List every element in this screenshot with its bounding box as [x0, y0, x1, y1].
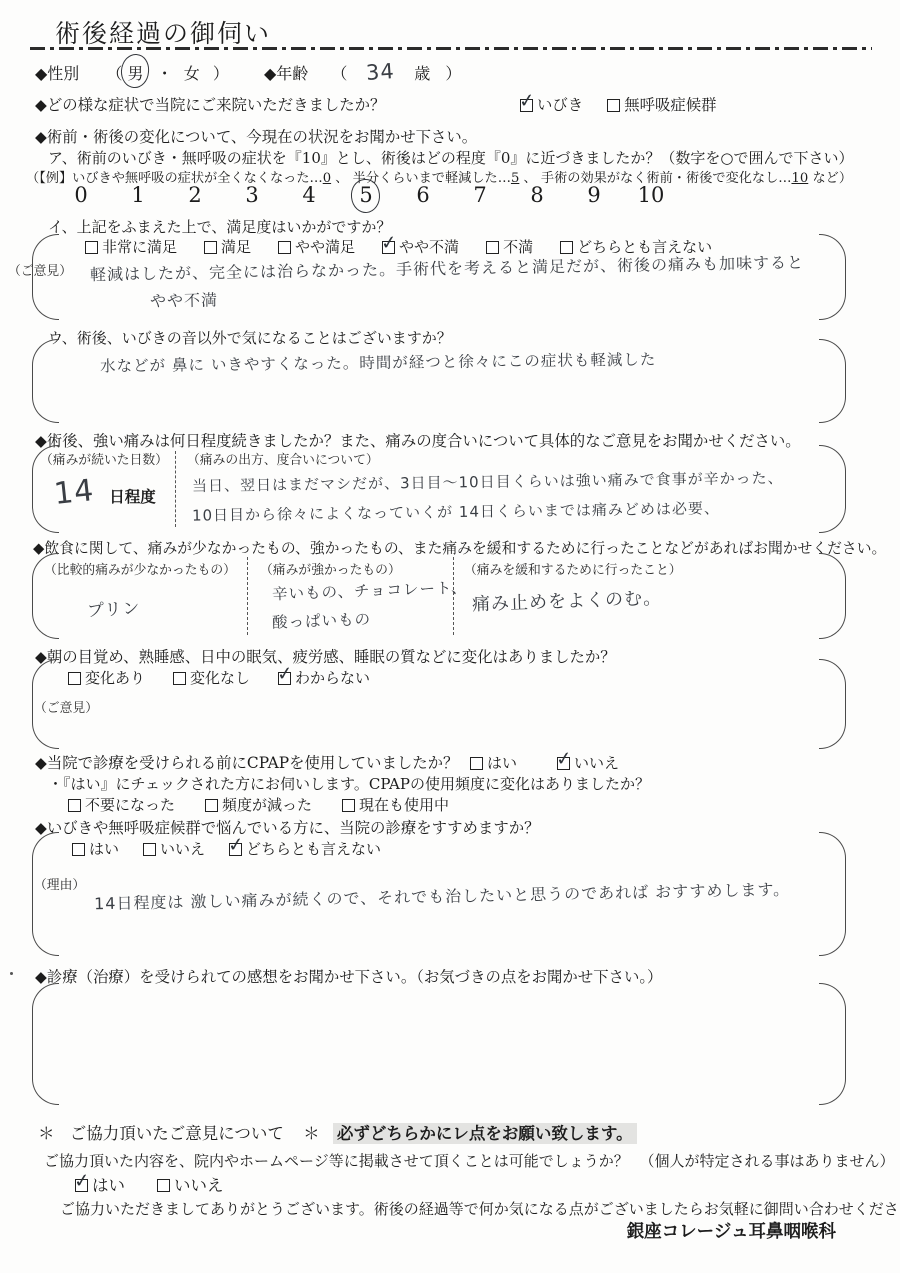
gender-paren-close: ） — [213, 64, 229, 83]
publish-note: （個人が特定される事はありません） — [640, 1152, 895, 1170]
checkbox-yaya-manzoku[interactable]: やや満足 — [278, 236, 355, 257]
rating-scale: 0 1 2 3 4 5 6 7 8 9 10 — [66, 183, 666, 207]
checkbox-label: いいえ — [174, 1172, 224, 1196]
checkbox-manzoku[interactable]: 満足 — [204, 236, 251, 257]
diet-col1-label: （比較的痛みが少なかったもの） — [44, 559, 236, 578]
recommend-box: はい いいえ どちらとも言えない （理由） 14日程度は 激しい痛みが続くので、… — [32, 832, 846, 956]
checkbox-label: いいえ — [160, 838, 205, 859]
age-paren-open: （ — [331, 64, 347, 83]
scale-2[interactable]: 2 — [180, 183, 210, 207]
checkbox-box — [205, 799, 218, 812]
satisfaction-comment-box: 非常に満足 満足 やや満足 やや不満 不満 どちらとも言えない （ご意見） 軽減… — [32, 234, 846, 320]
symptom-question-row: ◆どの様な症状で当院にご来院いただきましたか？ いびき 無呼吸症候群 — [35, 93, 865, 115]
checkbox-henka-ari[interactable]: 変化あり — [68, 667, 145, 688]
checkbox-publish-iie[interactable]: いいえ — [157, 1172, 224, 1196]
scale-4[interactable]: 4 — [294, 183, 324, 207]
checkbox-box — [560, 241, 573, 254]
gender-interdot: ・ — [157, 64, 173, 83]
footer-intro: ご協力頂いたご意見について — [70, 1124, 284, 1143]
diet-divider-2 — [453, 557, 454, 635]
publish-question: ご協力頂いた内容を、院内やホームページ等に掲載させて頂くことは可能でしょうか？ … — [44, 1150, 895, 1171]
checkbox-box — [342, 799, 355, 812]
checkbox-publish-hai[interactable]: はい — [75, 1172, 125, 1196]
pain-days-unit: 日程度 — [109, 487, 156, 506]
pain-days-value[interactable]: 14 — [52, 473, 96, 512]
checkbox-box — [204, 241, 217, 254]
thanks-text: ご協力いただきましてありがとうございます。術後の経過等で何か気になる点がございま… — [60, 1198, 900, 1219]
checkbox-box — [278, 672, 291, 685]
checkbox-box — [278, 241, 291, 254]
checkbox-box — [382, 241, 395, 254]
scale-8[interactable]: 8 — [522, 183, 552, 207]
checkbox-wakaranai[interactable]: わからない — [278, 667, 370, 688]
checkbox-label: わからない — [295, 667, 370, 688]
checkbox-box — [85, 241, 98, 254]
symptom-question: ◆どの様な症状で当院にご来院いただきましたか？ — [35, 96, 385, 114]
checkbox-box — [75, 1179, 88, 1192]
cpap-followup-question: ・『はい』にチェックされた方にお伺いします。CPAPの使用頻度に変化はありました… — [48, 773, 650, 794]
pain-days-label: （痛みが続いた日数） — [40, 449, 168, 468]
checkbox-label: やや不満 — [399, 236, 459, 257]
pain-box: （痛みが続いた日数） 14 日程度 （痛みの出方、度合いについて） 当日、翌日は… — [32, 445, 846, 533]
checkbox-label: どちらとも言えない — [246, 838, 381, 859]
pain-days-row: 14 日程度 — [54, 475, 156, 510]
checkbox-yaya-fuman[interactable]: やや不満 — [382, 236, 459, 257]
checkbox-box — [173, 672, 186, 685]
pain-detail-line2[interactable]: 10日目から徐々によくなっていくが 14日くらいまでは痛みどめは必要、 — [192, 497, 720, 525]
checkbox-ibiki[interactable]: いびき — [520, 93, 583, 115]
clinic-name: 銀座コレージュ耳鼻咽喉科 — [627, 1218, 836, 1243]
recommend-options: はい いいえ どちらとも言えない — [72, 838, 381, 859]
diet-col2-line1[interactable]: 辛いもの、チョコレート、 — [272, 576, 468, 605]
cpap-followup-options: 不要になった 頻度が減った 現在も使用中 — [68, 794, 449, 815]
footer-required: 必ずどちらかにレ点をお願い致します。 — [333, 1123, 637, 1144]
example-num-10: 10 — [791, 171, 808, 186]
checkbox-box — [607, 99, 620, 112]
diet-col2-line2[interactable]: 酸っぱいもの — [272, 607, 372, 632]
checkbox-label: やや満足 — [295, 236, 355, 257]
footer-note-row: ＊ ご協力頂いたご意見について ＊ 必ずどちらかにレ点をお願い致します。 — [38, 1120, 637, 1144]
change-heading: ◆術前・術後の変化について、今現在の状況をお聞かせ下さい。 — [35, 125, 477, 147]
demographics-row: ◆性別 （ 男 ・ 女 ） ◆年齢 （ 34 歳 ） — [35, 60, 461, 84]
sleep-comment-label: （ご意見） — [34, 697, 98, 716]
scale-6[interactable]: 6 — [408, 183, 438, 207]
checkbox-label: 変化あり — [85, 667, 145, 688]
sleep-box: 変化あり 変化なし わからない （ご意見） — [32, 659, 846, 749]
diet-box: （比較的痛みが少なかったもの） プリン （痛みが強かったもの） 辛いもの、チョコ… — [32, 553, 846, 639]
age-paren-close: ） — [445, 64, 461, 83]
checkbox-box — [68, 672, 81, 685]
reason-answer[interactable]: 14日程度は 激しい痛みが続くので、それでも治したいと思うのであれば おすすめし… — [94, 877, 790, 915]
age-unit: 歳 — [414, 64, 430, 83]
diet-col3-label: （痛みを緩和するために行ったこと） — [464, 559, 682, 578]
scale-3[interactable]: 3 — [237, 183, 267, 207]
checkbox-fuyo[interactable]: 不要になった — [68, 794, 175, 815]
comment-label: （ご意見） — [8, 260, 72, 279]
gender-male-circled[interactable]: 男 — [128, 61, 144, 84]
pain-detail-label: （痛みの出方、度合いについて） — [187, 449, 379, 468]
pain-box-divider — [175, 451, 176, 527]
example-text: など） — [808, 171, 852, 186]
gender-label: ◆性別 — [35, 64, 79, 83]
checkbox-cpap-hai[interactable]: はい — [470, 752, 517, 773]
checkbox-henka-nashi[interactable]: 変化なし — [173, 667, 250, 688]
scan-artifact-dot — [10, 972, 13, 975]
checkbox-box — [68, 799, 81, 812]
checkbox-box — [470, 757, 483, 770]
diet-col3-answer[interactable]: 痛み止めをよくのむ。 — [472, 584, 663, 617]
checkbox-label: はい — [89, 838, 119, 859]
publish-question-text: ご協力頂いた内容を、院内やホームページ等に掲載させて頂くことは可能でしょうか？ — [44, 1152, 629, 1170]
age-label: ◆年齢 — [264, 64, 308, 83]
publish-options: はい いいえ — [75, 1172, 224, 1196]
scale-7[interactable]: 7 — [465, 183, 495, 207]
age-value-handwritten[interactable]: 34 — [366, 59, 396, 85]
checkbox-label: 満足 — [221, 236, 251, 257]
dash-divider — [30, 47, 872, 50]
checkbox-label: 無呼吸症候群 — [624, 93, 716, 115]
scale-0[interactable]: 0 — [66, 183, 96, 207]
asterisk: ＊ — [303, 1124, 320, 1143]
scale-9[interactable]: 9 — [579, 183, 609, 207]
scale-5-circled[interactable]: 5 — [351, 183, 381, 207]
pain-detail-line1[interactable]: 当日、翌日はまだマシだが、3日目〜10日目くらいは強い痛みで食事が辛かった、 — [192, 467, 784, 496]
scale-1[interactable]: 1 — [123, 183, 153, 207]
scale-10[interactable]: 10 — [636, 183, 666, 207]
satisfaction-comment-line2[interactable]: やや不満 — [150, 287, 218, 311]
question-a: ア、術前のいびき・無呼吸の症状を『10』とし、術後はどの程度『0』に近づきました… — [48, 147, 854, 168]
gender-female[interactable]: 女 — [184, 64, 200, 83]
checkbox-box — [72, 843, 85, 856]
checkbox-label: 頻度が減った — [222, 794, 312, 815]
checkbox-box — [557, 757, 570, 770]
cpap-question: ◆当院で診療を受けられる前にCPAPを使用していましたか？ — [35, 754, 458, 772]
checkbox-box — [157, 1179, 170, 1192]
checkbox-label: いいえ — [574, 752, 619, 773]
checkbox-mukokyu[interactable]: 無呼吸症候群 — [607, 93, 716, 115]
sleep-options: 変化あり 変化なし わからない — [68, 667, 370, 688]
checkbox-hijoni-manzoku[interactable]: 非常に満足 — [85, 236, 177, 257]
checkbox-box — [143, 843, 156, 856]
impression-box[interactable] — [32, 983, 846, 1105]
asterisk: ＊ — [38, 1124, 55, 1143]
cpap-question-row: ◆当院で診療を受けられる前にCPAPを使用していましたか？ はい いいえ — [35, 751, 458, 773]
other-symptoms-answer[interactable]: 水などが 鼻に いきやすくなった。時間が経つと徐々にこの症状も軽減した — [100, 348, 657, 377]
checkbox-label: いびき — [537, 93, 583, 115]
checkbox-box — [520, 99, 533, 112]
diet-col2-label: （痛みが強かったもの） — [260, 559, 401, 578]
checkbox-label: 変化なし — [190, 667, 250, 688]
checkbox-label: はい — [487, 752, 517, 773]
diet-divider-1 — [247, 557, 248, 635]
checkbox-rec-hai[interactable]: はい — [72, 838, 119, 859]
diet-col1-answer[interactable]: プリン — [86, 594, 141, 622]
checkbox-rec-iie[interactable]: いいえ — [143, 838, 205, 859]
page-title: 術後経過の御伺い — [55, 14, 271, 50]
checkbox-genzai-shiyochu[interactable]: 現在も使用中 — [342, 794, 449, 815]
checkbox-box — [229, 843, 242, 856]
reason-label: （理由） — [34, 874, 85, 893]
other-symptoms-box: 水などが 鼻に いきやすくなった。時間が経つと徐々にこの症状も軽減した — [32, 339, 846, 423]
checkbox-hindo-hetta[interactable]: 頻度が減った — [205, 794, 312, 815]
checkbox-label: 不要になった — [85, 794, 175, 815]
checkbox-box — [486, 241, 499, 254]
checkbox-label: はい — [92, 1172, 125, 1196]
checkbox-label: 非常に満足 — [102, 236, 177, 257]
checkbox-rec-dochira[interactable]: どちらとも言えない — [229, 838, 381, 859]
checkbox-cpap-iie[interactable]: いいえ — [557, 752, 619, 773]
checkbox-label: 現在も使用中 — [359, 794, 449, 815]
